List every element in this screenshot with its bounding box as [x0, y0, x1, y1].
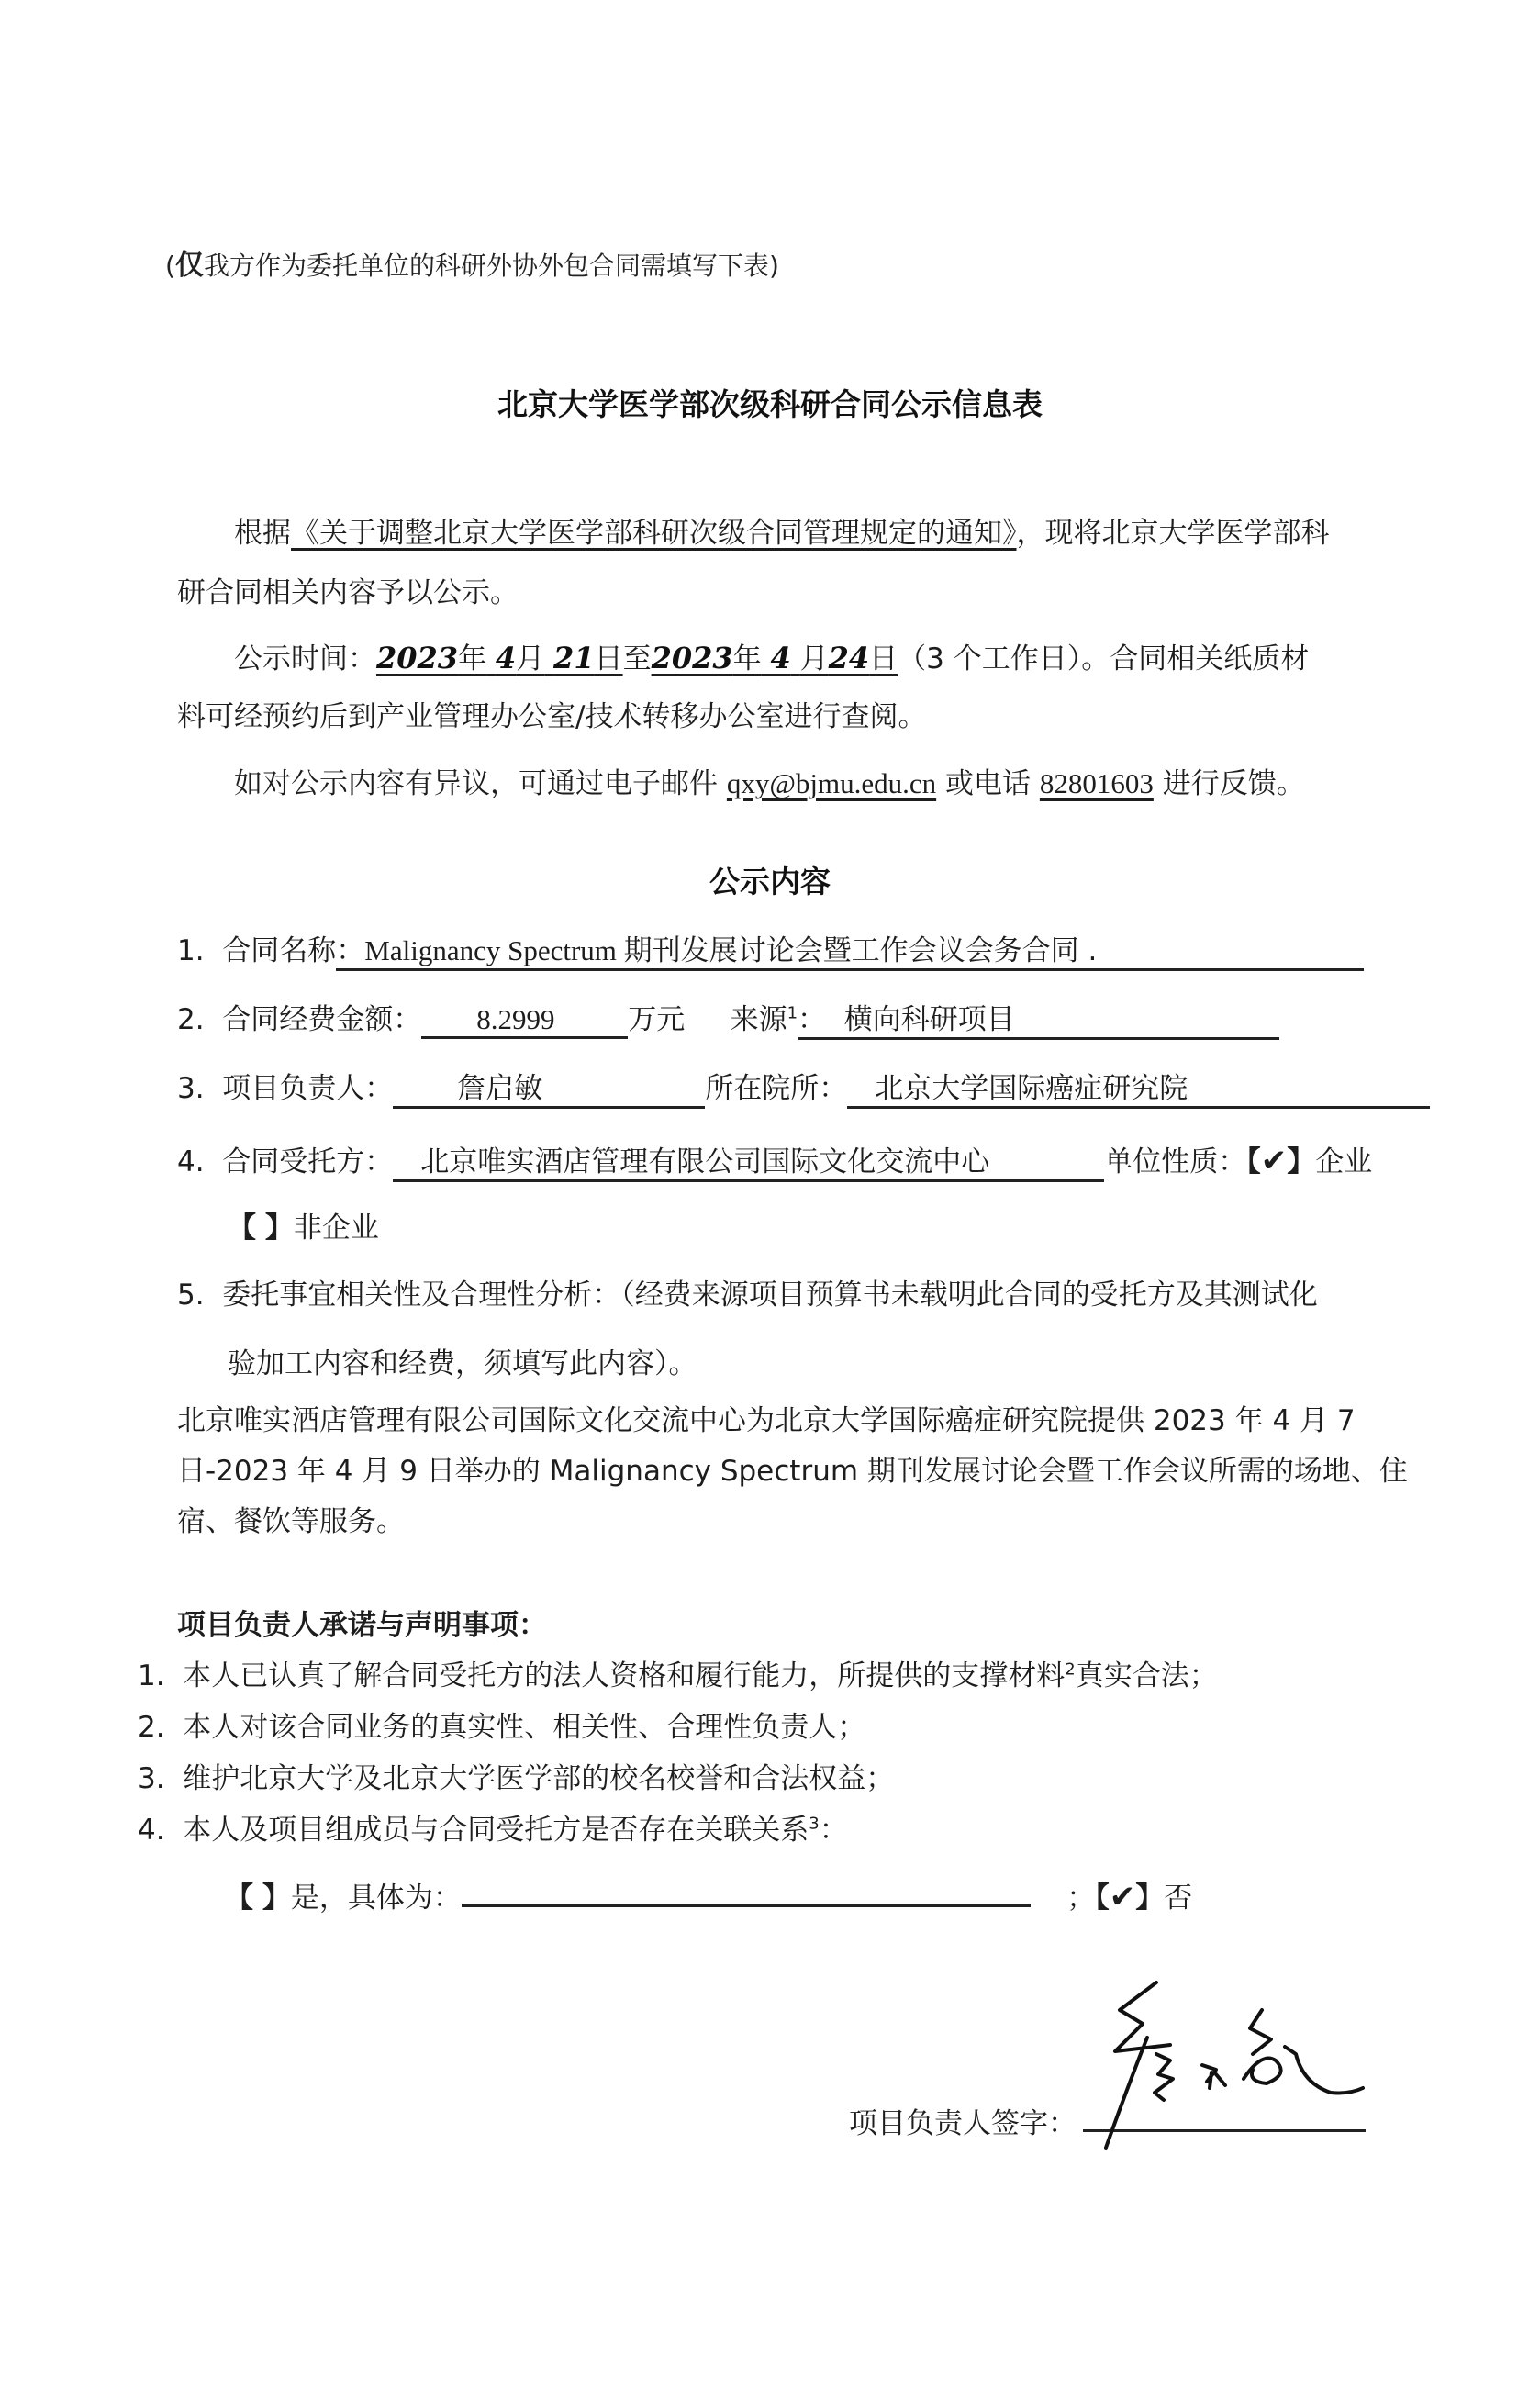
commitment-text: 本人已认真了解合同受托方的法人资格和履行能力，所提供的支撑材料 [183, 1659, 1065, 1692]
feedback-middle: 或电话 [936, 767, 1040, 800]
period-line-1: 公示时间：2023年 4月 21日至2023年 4 月24日（3 个工作日）。合… [234, 635, 1309, 676]
end-month: 4 [771, 641, 791, 676]
intro-suffix: ，现将北京大学医学部科 [1017, 517, 1330, 550]
trailing-dot: . [1088, 934, 1098, 967]
bracket-open: 【 [225, 1882, 253, 1915]
commitment-item: 4. 本人及项目组成员与合同受托方是否存在关联关系3： [138, 1806, 848, 1848]
start-month: 4 [496, 641, 516, 676]
bracket-open: 【 [1095, 1882, 1110, 1915]
month-unit: 月 [516, 642, 544, 676]
month-unit: 月 [800, 642, 829, 676]
contractor-label: 合同受托方： [222, 1145, 393, 1178]
source-label: 来源 [731, 1003, 787, 1036]
non-enterprise-label: 非企业 [294, 1212, 379, 1245]
item-number: 2. [177, 1003, 205, 1036]
period-line-2: 料可经预约后到产业管理办公室/技术转移办公室进行查阅。 [177, 693, 926, 734]
dept-value: 北京大学国际癌症研究院 [847, 1065, 1430, 1109]
commitment-number: 3. [138, 1762, 165, 1795]
bracket-open: 【 [1246, 1145, 1261, 1178]
source-value: 横向科研项目 [844, 1003, 1015, 1036]
period-label: 公示时间： [234, 642, 376, 676]
footnote-1: 1 [787, 1004, 798, 1023]
commitment-tail: ： [820, 1814, 848, 1847]
contract-name-value: Malignancy Spectrum 期刊发展讨论会暨工作会议会务合同 [364, 934, 1078, 966]
colon: ： [336, 934, 364, 967]
analysis-heading: 委托事宜相关性及合理性分析：（经费来源项目预算书未载明此合同的受托方及其测试化 [222, 1279, 1318, 1312]
colon: ： [798, 1003, 826, 1036]
commitment-text: 维护北京大学及北京大学医学部的校名校誉和合法权益； [183, 1762, 894, 1795]
period-tail: （3 个工作日）。合同相关纸质材 [898, 642, 1309, 676]
relation-detail-field[interactable] [462, 1875, 1031, 1907]
applicability-note: (仅我方作为委托单位的科研外协外包合同需填写下表) [165, 241, 779, 283]
year-unit: 年 [458, 642, 486, 676]
feedback-phone[interactable]: 82801603 [1040, 767, 1154, 799]
pi-label: 项目负责人： [222, 1072, 393, 1105]
commitment-number: 1. [138, 1659, 165, 1692]
item-number: 5. [177, 1279, 205, 1312]
bracket-close: 】 [265, 1212, 294, 1245]
pi-value: 詹启敏 [393, 1065, 705, 1109]
item-number: 4. [177, 1145, 205, 1178]
bracket-close: 】 [1135, 1882, 1164, 1915]
footnote-3: 3 [809, 1815, 819, 1834]
analysis-body-line-2: 日-2023 年 4 月 9 日举办的 Malignancy Spectrum … [177, 1447, 1408, 1489]
commitment-number: 4. [138, 1814, 165, 1847]
contract-name-field: ：Malignancy Spectrum 期刊发展讨论会暨工作会议会务合同 . [336, 927, 1364, 971]
commitments-title: 项目负责人承诺与声明事项： [177, 1602, 547, 1643]
start-day: 21 [553, 641, 595, 676]
feedback-line: 如对公示内容有异议，可通过电子邮件 qxy@bjmu.edu.cn 或电话 82… [234, 760, 1305, 801]
item-amount: 2. 合同经费金额：8.2999万元 来源1： 横向科研项目 [177, 996, 1279, 1040]
period-start-date: 2023年 4月 21日 [376, 642, 623, 676]
nature-label: 单位性质： [1104, 1145, 1246, 1178]
amount-label: 合同经费金额： [222, 1003, 421, 1036]
no-label: 否 [1164, 1882, 1192, 1915]
intro-line-1: 根据《关于调整北京大学医学部科研次级合同管理规定的通知》，现将北京大学医学部科 [234, 509, 1330, 551]
commitment-item: 1. 本人已认真了解合同受托方的法人资格和履行能力，所提供的支撑材料2真实合法； [138, 1652, 1218, 1693]
separator: ； [1066, 1882, 1095, 1915]
signature-label: 项目负责人签字： [849, 2100, 1077, 2141]
regulation-link[interactable]: 《关于调整北京大学医学部科研次级合同管理规定的通知》 [291, 517, 1017, 550]
relation-yes-option[interactable]: 【 】是，具体为： [225, 1882, 462, 1915]
amount-unit: 万元 [628, 1003, 685, 1036]
feedback-prefix: 如对公示内容有异议，可通过电子邮件 [234, 767, 727, 800]
item-contract-name: 1. 合同名称：Malignancy Spectrum 期刊发展讨论会暨工作会议… [177, 927, 1364, 971]
commitment-item: 2. 本人对该合同业务的真实性、相关性、合理性负责人； [138, 1703, 865, 1745]
commitment-number: 2. [138, 1711, 165, 1744]
item-pi: 3. 项目负责人：詹启敏所在院所：北京大学国际癌症研究院 [177, 1065, 1430, 1109]
document-title: 北京大学医学部次级科研合同公示信息表 [0, 381, 1540, 424]
non-enterprise-option[interactable]: 【 】非企业 [228, 1204, 379, 1245]
relation-no-option[interactable]: 【✔】否 [1095, 1882, 1192, 1915]
feedback-suffix: 进行反馈。 [1154, 767, 1305, 800]
day-unit: 日 [869, 642, 898, 676]
commitment-text: 本人及项目组成员与合同受托方是否存在关联关系 [183, 1814, 809, 1847]
intro-line-2: 研合同相关内容予以公示。 [177, 569, 519, 610]
enterprise-label: 企业 [1315, 1145, 1372, 1178]
bracket-close: 】 [262, 1882, 291, 1915]
contractor-value: 北京唯实酒店管理有限公司国际文化交流中心 [393, 1138, 1104, 1182]
no-checkmark-icon: ✔ [1110, 1879, 1136, 1915]
note-text: 我方作为委托单位的科研外协外包合同需填写下表) [204, 251, 779, 281]
bracket-close: 】 [1287, 1145, 1315, 1178]
relation-answer: 【 】是，具体为： ；【✔】否 [225, 1874, 1192, 1915]
note-bold-char: 仅 [175, 249, 204, 282]
item-number: 1. [177, 934, 205, 967]
item-number: 3. [177, 1072, 205, 1105]
handwritten-signature-icon [1055, 1973, 1441, 2166]
item-contractor: 4. 合同受托方：北京唯实酒店管理有限公司国际文化交流中心单位性质：【✔】企业 [177, 1138, 1372, 1182]
end-day: 24 [829, 641, 870, 676]
period-to: 至 [623, 642, 652, 676]
day-unit: 日 [595, 642, 623, 676]
intro-prefix: 根据 [234, 517, 291, 550]
bracket-open: 【 [228, 1212, 256, 1245]
commitment-item: 3. 维护北京大学及北京大学医学部的校名校誉和合法权益； [138, 1755, 894, 1796]
enterprise-checkmark-icon[interactable]: ✔ [1261, 1143, 1288, 1179]
yes-label: 是，具体为： [291, 1882, 462, 1915]
feedback-email-link[interactable]: qxy@bjmu.edu.cn [727, 767, 936, 799]
commitment-tail: 真实合法； [1076, 1659, 1218, 1692]
analysis-body-line-1: 北京唯实酒店管理有限公司国际文化交流中心为北京大学国际癌症研究院提供 2023 … [177, 1397, 1356, 1438]
contract-name-label: 合同名称 [222, 934, 336, 967]
period-end-date: 2023年 4 月24日 [652, 642, 898, 676]
amount-value: 8.2999 [421, 1003, 628, 1039]
note-paren: ( [165, 251, 175, 281]
commitment-text: 本人对该合同业务的真实性、相关性、合理性负责人； [183, 1711, 865, 1744]
item-analysis-line-2: 验加工内容和经费，须填写此内容）。 [228, 1340, 697, 1381]
section-title: 公示内容 [0, 858, 1540, 901]
analysis-body-line-3: 宿、餐饮等服务。 [177, 1498, 405, 1539]
item-analysis-line-1: 5. 委托事宜相关性及合理性分析：（经费来源项目预算书未载明此合同的受托方及其测… [177, 1271, 1318, 1312]
start-year: 2023 [376, 641, 458, 676]
source-field: ： 横向科研项目 [798, 996, 1279, 1040]
footnote-2: 2 [1065, 1660, 1075, 1680]
end-year: 2023 [652, 641, 733, 676]
dept-label: 所在院所： [705, 1072, 847, 1105]
year-unit: 年 [733, 642, 762, 676]
